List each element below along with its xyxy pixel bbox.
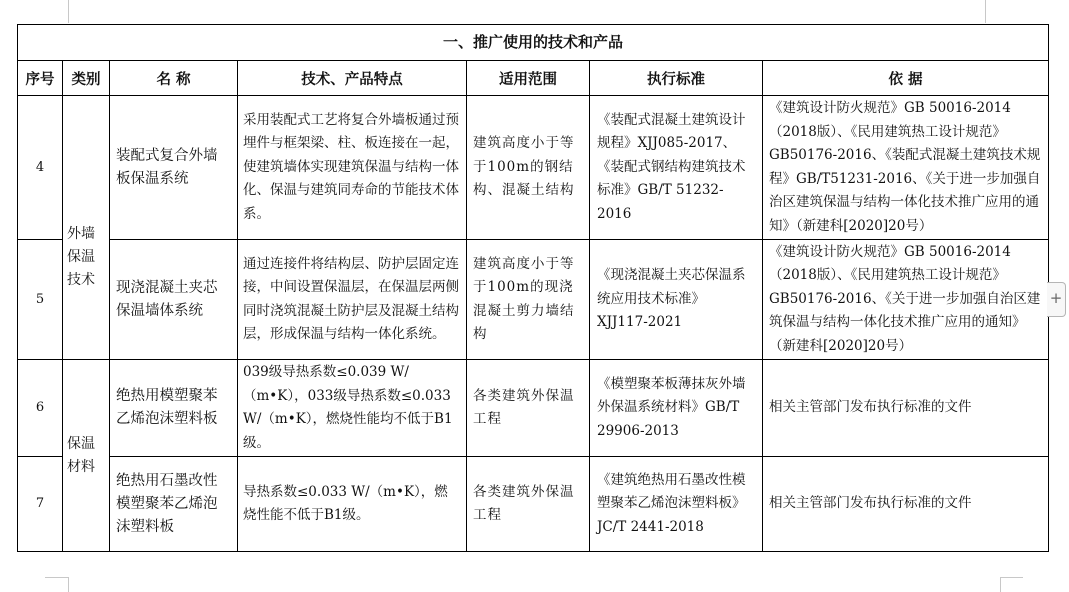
crop-mark-top-left <box>68 0 69 23</box>
basis-text: 相关主管部门发布执行标准的文件 <box>763 360 1049 457</box>
execution-standard: 《现浇混凝土夹芯保温系统应用技术标准》XJJ117-2021 <box>590 240 763 360</box>
product-features: 导热系数≤0.033 W/（m•K），燃烧性能不低于B1级。 <box>238 457 467 552</box>
col-header-standard: 执行标准 <box>590 61 763 96</box>
product-features: 采用装配式工艺将复合外墙板通过预埋件与框架梁、柱、板连接在一起，使建筑墙体实现建… <box>238 96 467 240</box>
execution-standard: 《建筑绝热用石墨改性模塑聚苯乙烯泡沫塑料板》JC/T 2441-2018 <box>590 457 763 552</box>
technology-table: 一、推广使用的技术和产品 序号 类别 名 称 技术、产品特点 适用范围 执行标准… <box>17 24 1049 552</box>
application-scope: 建筑高度小于等于100m的钢结构、混凝土结构 <box>467 96 590 240</box>
add-row-button[interactable]: + <box>1047 282 1066 317</box>
header-row: 序号 类别 名 称 技术、产品特点 适用范围 执行标准 依 据 <box>18 61 1049 96</box>
category-label: 外墙保温技术 <box>67 223 96 292</box>
plus-icon: + <box>1050 289 1063 307</box>
crop-mark-bottom-right <box>1000 577 1023 578</box>
product-name: 现浇混凝土夹芯保温墙体系统 <box>110 240 238 360</box>
row-number: 4 <box>18 96 63 240</box>
row-number: 6 <box>18 360 63 457</box>
crop-mark-bottom-left <box>45 577 68 578</box>
crop-mark-bottom-left-v <box>68 577 69 592</box>
table-row: 7 绝热用石墨改性模塑聚苯乙烯泡沫塑料板 导热系数≤0.033 W/（m•K），… <box>18 457 1049 552</box>
crop-mark-bottom-right-v <box>1000 577 1001 592</box>
col-header-basis: 依 据 <box>763 61 1049 96</box>
product-features: 039级导热系数≤0.039 W/（m•K），033级导热系数≤0.033 W/… <box>238 360 467 457</box>
col-header-scope: 适用范围 <box>467 61 590 96</box>
product-name: 绝热用模塑聚苯乙烯泡沫塑料板 <box>110 360 238 457</box>
category-cell: 保温材料 <box>63 360 110 552</box>
execution-standard: 《装配式混凝土建筑设计规程》XJJ085-2017、《装配式钢结构建筑技术标准》… <box>590 96 763 240</box>
execution-standard: 《模塑聚苯板薄抹灰外墙外保温系统材料》GB/T 29906-2013 <box>590 360 763 457</box>
col-header-category: 类别 <box>63 61 110 96</box>
application-scope: 各类建筑外保温工程 <box>467 457 590 552</box>
col-header-features: 技术、产品特点 <box>238 61 467 96</box>
application-scope: 各类建筑外保温工程 <box>467 360 590 457</box>
table-row: 4 外墙保温技术 装配式复合外墙板保温系统 采用装配式工艺将复合外墙板通过预埋件… <box>18 96 1049 240</box>
col-header-no: 序号 <box>18 61 63 96</box>
basis-text: 相关主管部门发布执行标准的文件 <box>763 457 1049 552</box>
category-cell: 外墙保温技术 <box>63 96 110 360</box>
product-name: 装配式复合外墙板保温系统 <box>110 96 238 240</box>
table-row: 6 保温材料 绝热用模塑聚苯乙烯泡沫塑料板 039级导热系数≤0.039 W/（… <box>18 360 1049 457</box>
col-header-name: 名 称 <box>110 61 238 96</box>
product-name: 绝热用石墨改性模塑聚苯乙烯泡沫塑料板 <box>110 457 238 552</box>
table-row: 5 现浇混凝土夹芯保温墙体系统 通过连接件将结构层、防护层固定连接，中间设置保温… <box>18 240 1049 360</box>
crop-mark-top-right <box>985 0 986 23</box>
product-features: 通过连接件将结构层、防护层固定连接，中间设置保温层，在保温层两侧同时浇筑混凝土防… <box>238 240 467 360</box>
row-number: 7 <box>18 457 63 552</box>
basis-text: 《建筑设计防火规范》GB 50016-2014（2018版）、《民用建筑热工设计… <box>763 96 1049 240</box>
application-scope: 建筑高度小于等于100m的现浇混凝土剪力墙结构 <box>467 240 590 360</box>
basis-text: 《建筑设计防火规范》GB 50016-2014（2018版）、《民用建筑热工设计… <box>763 240 1049 360</box>
category-label: 保温材料 <box>67 433 96 479</box>
section-title: 一、推广使用的技术和产品 <box>18 25 1049 61</box>
row-number: 5 <box>18 240 63 360</box>
